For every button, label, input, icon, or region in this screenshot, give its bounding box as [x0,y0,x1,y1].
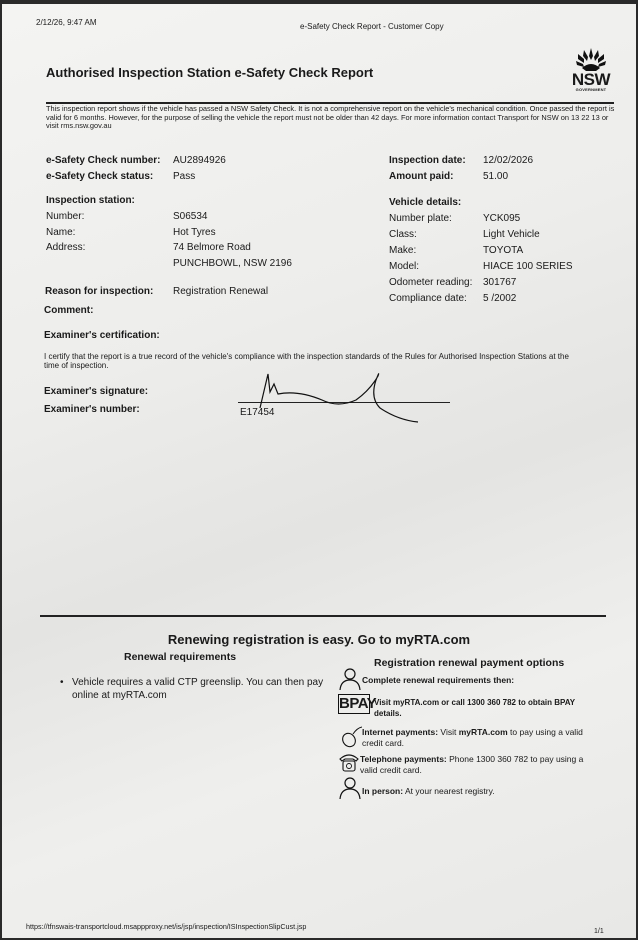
examiner-heading: Examiner's certification: [44,330,160,341]
in-person-text: At your nearest registry. [405,786,495,796]
station-address-line1: 74 Belmore Road [173,242,251,253]
odometer-value: 301767 [483,277,516,288]
station-address-line2: PUNCHBOWL, NSW 2196 [173,258,292,269]
requirement-text: Vehicle requires a valid CTP greenslip. … [60,676,330,702]
examiner-number: E17454 [240,407,274,418]
station-name: Hot Tyres [173,227,216,238]
myrta-link[interactable]: myRTA.com [459,727,508,737]
station-address-label: Address: [46,242,85,253]
page-number: 1/1 [594,928,604,935]
make-label: Make: [389,245,416,256]
telephone-payment: Telephone payments: Phone 1300 360 782 t… [360,754,600,775]
inspection-date: 12/02/2026 [483,155,533,166]
station-number-label: Number: [46,211,84,222]
bullet-icon: • [60,676,64,689]
telephone-label: Telephone payments: [360,754,447,764]
logo-text: NSW [568,72,614,87]
vehicle-heading: Vehicle details: [389,197,461,208]
check-status: Pass [173,171,195,182]
internet-pre: Visit [440,727,456,737]
amount-paid-label: Amount paid: [389,171,453,182]
in-person-label: In person: [362,786,403,796]
print-datetime: 2/12/26, 9:47 AM [36,18,97,27]
make-value: TOYOTA [483,245,523,256]
odometer-label: Odometer reading: [389,277,472,288]
signature-label: Examiner's signature: [44,386,148,397]
compliance-value: 5 /2002 [483,293,516,304]
mouse-icon [340,726,362,748]
bpay-logo: BPAY [338,694,370,714]
compliance-label: Compliance date: [389,293,467,304]
section-divider [40,615,606,617]
station-name-label: Name: [46,227,75,238]
requirement-item: • Vehicle requires a valid CTP greenslip… [60,676,330,702]
person-icon [339,668,361,690]
footer-url: https://tfnswais-transportcloud.msapppro… [26,922,306,931]
nsw-government-logo: NSW GOVERNMENT [568,46,614,92]
plate-value: YCK095 [483,213,520,224]
check-number: AU2894926 [173,155,226,166]
in-person-payment: In person: At your nearest registry. [362,786,602,797]
renewal-banner: Renewing registration is easy. Go to myR… [2,632,636,647]
model-value: HIACE 100 SERIES [483,261,572,272]
station-number: S06534 [173,211,207,222]
report-title: Authorised Inspection Station e-Safety C… [46,65,373,80]
reason-label: Reason for inspection: [45,286,153,297]
internet-label: Internet payments: [362,727,438,737]
payment-intro: Complete renewal requirements then: [362,675,514,686]
waratah-icon [574,46,608,72]
bpay-text: Visit myRTA.com or call 1300 360 782 to … [374,698,599,719]
comment-label: Comment: [44,305,93,316]
examiner-number-label: Examiner's number: [44,404,140,415]
report-page: 2/12/26, 9:47 AM e-Safety Check Report -… [2,4,636,938]
inspection-date-label: Inspection date: [389,155,466,166]
person-icon [339,777,361,799]
class-value: Light Vehicle [483,229,540,240]
station-heading: Inspection station: [46,195,135,206]
intro-text: This inspection report shows if the vehi… [46,105,616,131]
plate-label: Number plate: [389,213,452,224]
reason-value: Registration Renewal [173,286,268,297]
check-status-label: e-Safety Check status: [46,171,153,182]
renewal-requirements-heading: Renewal requirements [124,651,236,663]
class-label: Class: [389,229,417,240]
model-label: Model: [389,261,419,272]
telephone-icon [338,752,360,772]
internet-payment: Internet payments: Visit myRTA.com to pa… [362,727,602,748]
amount-paid: 51.00 [483,171,508,182]
check-number-label: e-Safety Check number: [46,155,160,166]
print-header-title: e-Safety Check Report - Customer Copy [300,22,444,31]
payment-options-heading: Registration renewal payment options [374,657,564,669]
